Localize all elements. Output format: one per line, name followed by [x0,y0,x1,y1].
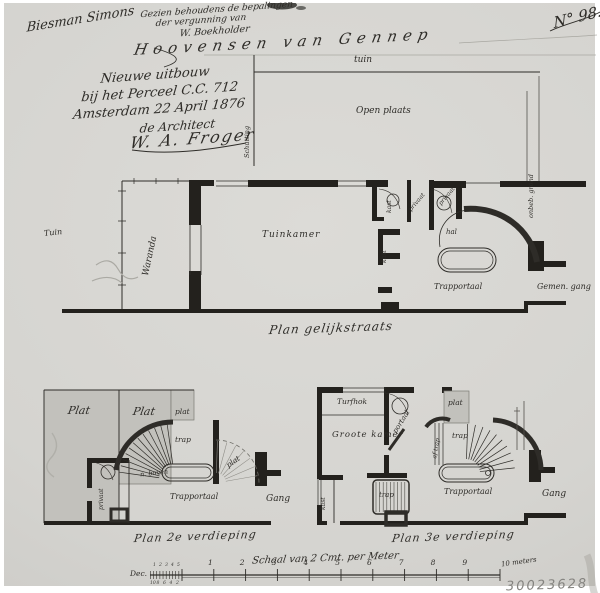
scale-number: 7 [399,559,404,567]
scale-sub-number: 3 [165,563,168,568]
label-trapportaal-3rd: Trapportaal [444,488,492,496]
label-kast-upper: kast [387,200,393,213]
label-trap-2nd: trap [175,436,191,444]
label-hal: hal [446,229,457,236]
label-gemene-gang: Gemen. gang [537,283,591,291]
third-floor-plan [317,387,566,525]
label-plat-mid: Plat [132,406,156,417]
scale-bar [150,569,500,581]
label-plat-3rd: plat [448,399,463,407]
label-gang-3rd: Gang [542,490,566,499]
scale-number: 6 [367,559,372,567]
scale-number: 4 [303,559,308,567]
scale-sub-number: 4 [171,563,174,568]
label-kast-3rd: kast [321,497,327,510]
scale-number: 3 [272,559,277,567]
scale-sub-number: 4 [170,581,173,586]
scan-smudge-small [296,6,306,10]
scanned-building-plan-sheet: Biesman Simons Gezien behoudens de bepal… [0,0,600,593]
scale-sub-number: 1 [153,563,156,568]
scale-number: 8 [431,559,436,567]
label-tuin: tuin [354,56,372,65]
scale-sub-number: 5 [177,563,180,568]
scale-sub-number: 2 [159,563,162,568]
label-schutting: Schutting [244,126,251,158]
label-plat-left: Plat [67,405,91,416]
label-groote-kamer: Groote kamer [332,431,404,440]
label-turfhok: Turfhok [337,398,367,406]
label-tuinkamer: Tuinkamer [262,231,320,240]
scale-sub-number: 6 [163,581,166,586]
scale-number: 2 [240,559,245,567]
scale-number: 9 [462,559,467,567]
label-trapportaal-gf: Trapportaal [434,283,482,291]
label-open-plaats: Open plaats [356,107,411,116]
label-trapportaal-2nd: Trapportaal [170,493,218,501]
paper-sheet: Biesman Simons Gezien behoudens de bepal… [4,3,595,586]
scale-sub-number: 10 [150,581,156,586]
label-trap-3rd: trap [452,432,468,440]
scale-sub-number: 8 [157,581,160,586]
label-plat-small: plat [175,408,190,416]
label-kast-lower: kast [382,250,388,263]
label-privaat-2nd: privaat [99,488,105,510]
scale-dec-label: Dec. [130,570,147,578]
label-gang-2nd: Gang [266,495,290,504]
label-trap-hok: trap [379,492,394,499]
scale-sub-number: 2 [176,581,179,586]
scale-number: 5 [335,559,340,567]
label-onbebouwde-grond: onbeb. grond [528,174,535,218]
pencil-scribble [96,261,138,279]
scale-number: 1 [208,559,213,567]
archive-stamp-number: 30023628 [506,577,589,593]
ground-floor-stair [438,209,537,272]
